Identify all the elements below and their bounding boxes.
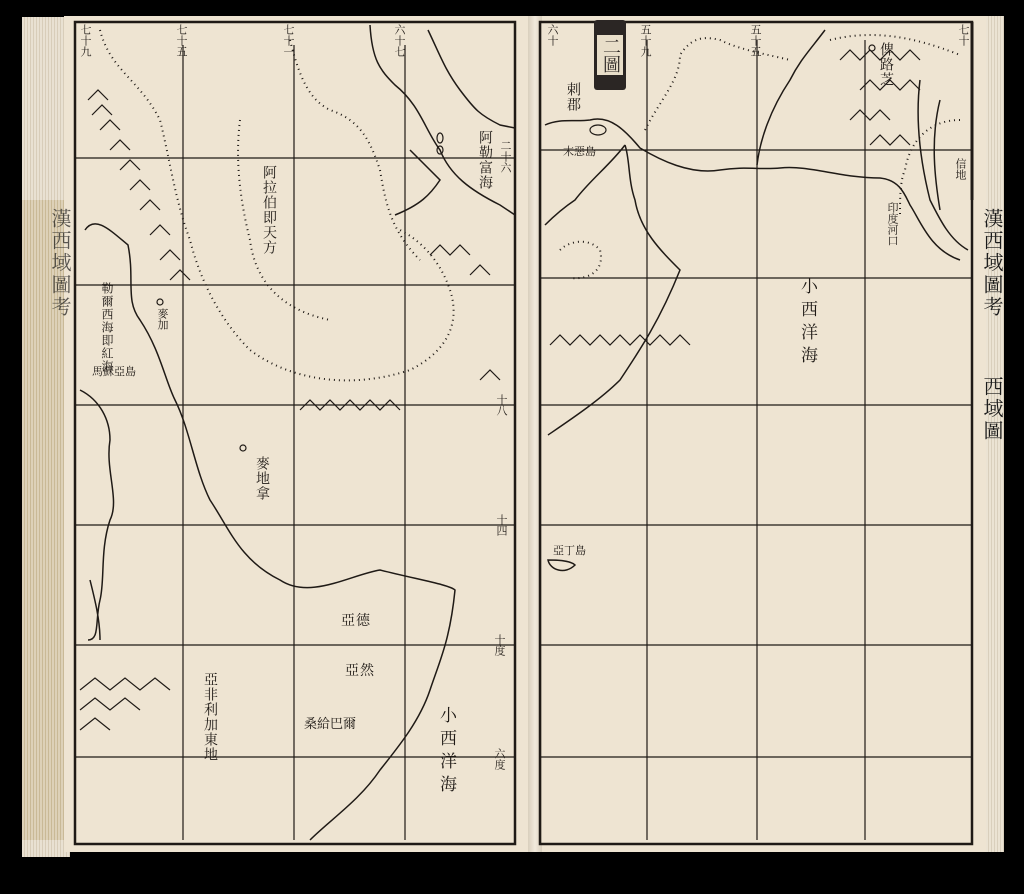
- label-masua-island: 馬蘇亞島: [92, 366, 136, 377]
- label-east-africa: 亞非利加東地: [203, 672, 217, 762]
- label-zanzibar: 桑給巴爾: [304, 719, 356, 730]
- margin-title-left: 漢西域圖考: [46, 208, 75, 318]
- longitude-label: 五十九: [640, 24, 651, 57]
- longitude-label: 六十七: [394, 24, 405, 57]
- right-frame: [540, 22, 972, 844]
- map-spread: 二圖 漢西域圖考 西域圖 漢西域圖考 七十九 七十五 七十一 六十七 六十 五十…: [0, 0, 1024, 894]
- longitude-label: 七十一: [283, 24, 294, 57]
- longitude-label: 七十五: [176, 24, 187, 57]
- map-drawing: [0, 0, 1024, 894]
- city-marker-baluchistan: [869, 45, 875, 51]
- desert-dotted-areas: [100, 30, 960, 380]
- latitude-label: 六度: [494, 748, 505, 770]
- label-socotra: 末惡島: [563, 146, 596, 157]
- label-hormuz: 剌郡: [566, 82, 580, 112]
- label-little-west-ocean-left: 小西洋海: [437, 706, 454, 798]
- label-red-sea: 勒爾西海即紅海: [84, 282, 114, 352]
- label-mecca: 麥加: [157, 308, 168, 330]
- city-marker-mecca: [157, 299, 163, 305]
- label-arabia: 阿拉伯即天方: [262, 165, 276, 255]
- label-persian-gulf: 阿勒富海: [478, 130, 492, 190]
- city-marker-medina: [240, 445, 246, 451]
- latitude-label: 二十六: [500, 140, 511, 173]
- label-indus-mouth: 印度河口: [873, 202, 899, 242]
- latitude-label: 十四: [496, 514, 507, 536]
- margin-subtitle-right: 西域圖: [978, 376, 1007, 442]
- label-sind: 信地: [955, 158, 966, 180]
- label-medina: 麥地拿: [255, 456, 269, 501]
- margin-title-right: 漢西域圖考: [978, 208, 1007, 318]
- label-little-west-ocean-right: 小西洋海: [798, 277, 815, 369]
- grid-lines-right: [540, 40, 972, 840]
- label-abyssinia-b: 亞然: [345, 664, 375, 678]
- latitude-label: 十度: [494, 634, 505, 656]
- label-aden-island: 亞丁島: [553, 545, 586, 556]
- longitude-label: 七十九: [80, 24, 91, 57]
- latitude-label: 十八: [496, 394, 507, 416]
- longitude-label: 六十: [547, 24, 558, 46]
- label-baluchistan: 俾路芝: [879, 42, 893, 87]
- longitude-label: 七十: [958, 24, 969, 46]
- chapter-badge: 二圖: [594, 20, 626, 90]
- label-abyssinia-a: 亞德: [341, 614, 371, 628]
- longitude-label: 五十五: [750, 24, 761, 57]
